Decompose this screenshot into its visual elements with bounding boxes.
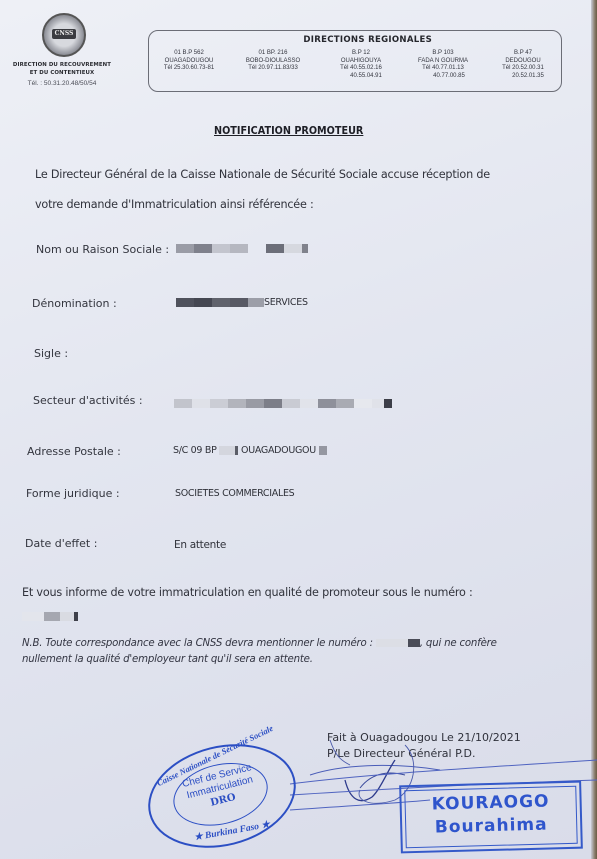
denomination-suffix: SERVICES	[264, 297, 308, 308]
department-name-line1: DIRECTION DU RECOUVREMENT	[0, 62, 124, 68]
name-stamp: KOURAOGO Bourahima	[399, 781, 583, 854]
value-nom-redacted	[176, 243, 308, 254]
intro-line-1: Le Directeur Général de la Caisse Nation…	[35, 168, 490, 181]
intro-line-2: votre demande d'Immatriculation ainsi ré…	[35, 198, 314, 211]
value-adresse: S/C 09 BP OUAGADOUGOU	[173, 445, 327, 456]
label-date-effet: Date d'effet :	[25, 537, 97, 550]
nb-note: N.B. Toute correspondance avec la CNSS d…	[22, 636, 542, 668]
label-adresse: Adresse Postale :	[27, 445, 121, 458]
label-forme-juridique: Forme juridique :	[26, 487, 120, 500]
department-tel: Tél. : 50.31.20.48/50/54	[0, 80, 124, 87]
closing-line: Et vous informe de votre immatriculation…	[22, 586, 473, 599]
value-date-effet: En attente	[174, 539, 226, 551]
label-secteur: Secteur d'activités :	[33, 394, 143, 407]
cnss-logo: CNSS	[42, 13, 86, 57]
round-stamp: Chef de Service Immatriculation DRO Cais…	[137, 729, 307, 859]
label-nom: Nom ou Raison Sociale :	[36, 243, 169, 256]
value-forme-juridique: SOCIETES COMMERCIALES	[175, 488, 294, 499]
value-denomination: SERVICES	[176, 297, 308, 308]
office-ouagadougou: 01 B.P 562 OUAGADOUGOU Tél 25.30.60.73-8…	[149, 50, 229, 73]
promoter-number-redacted	[22, 606, 78, 625]
paper-edge	[591, 0, 597, 859]
department-name-line2: ET DU CONTENTIEUX	[0, 70, 124, 76]
regional-title: DIRECTIONS REGIONALES	[303, 35, 432, 45]
office-bobo-dioulasso: 01 BP. 216 BOBO-DIOULASSO Tél 20.97.11.8…	[233, 50, 313, 73]
value-secteur-redacted	[174, 398, 392, 409]
label-denomination: Dénomination :	[32, 297, 117, 310]
logo-text: CNSS	[52, 29, 76, 39]
office-dedougou: B.P 47 DEDOUGOU Tél 20.52.00.31 20.52.01…	[483, 50, 563, 80]
document-title: NOTIFICATION PROMOTEUR	[214, 125, 363, 137]
label-sigle: Sigle :	[34, 347, 68, 360]
office-ouahigouya: B.P 12 OUAHIGOUYA Tél 40.55.02.16 40.55.…	[321, 50, 401, 80]
office-fada-ngourma: B.P 103 FADA N GOURMA Tél 40.77.01.13 40…	[403, 50, 483, 80]
signatory-title: P/Le Directeur Général P.D.	[327, 747, 475, 760]
place-and-date: Fait à Ouagadougou Le 21/10/2021	[327, 731, 521, 744]
